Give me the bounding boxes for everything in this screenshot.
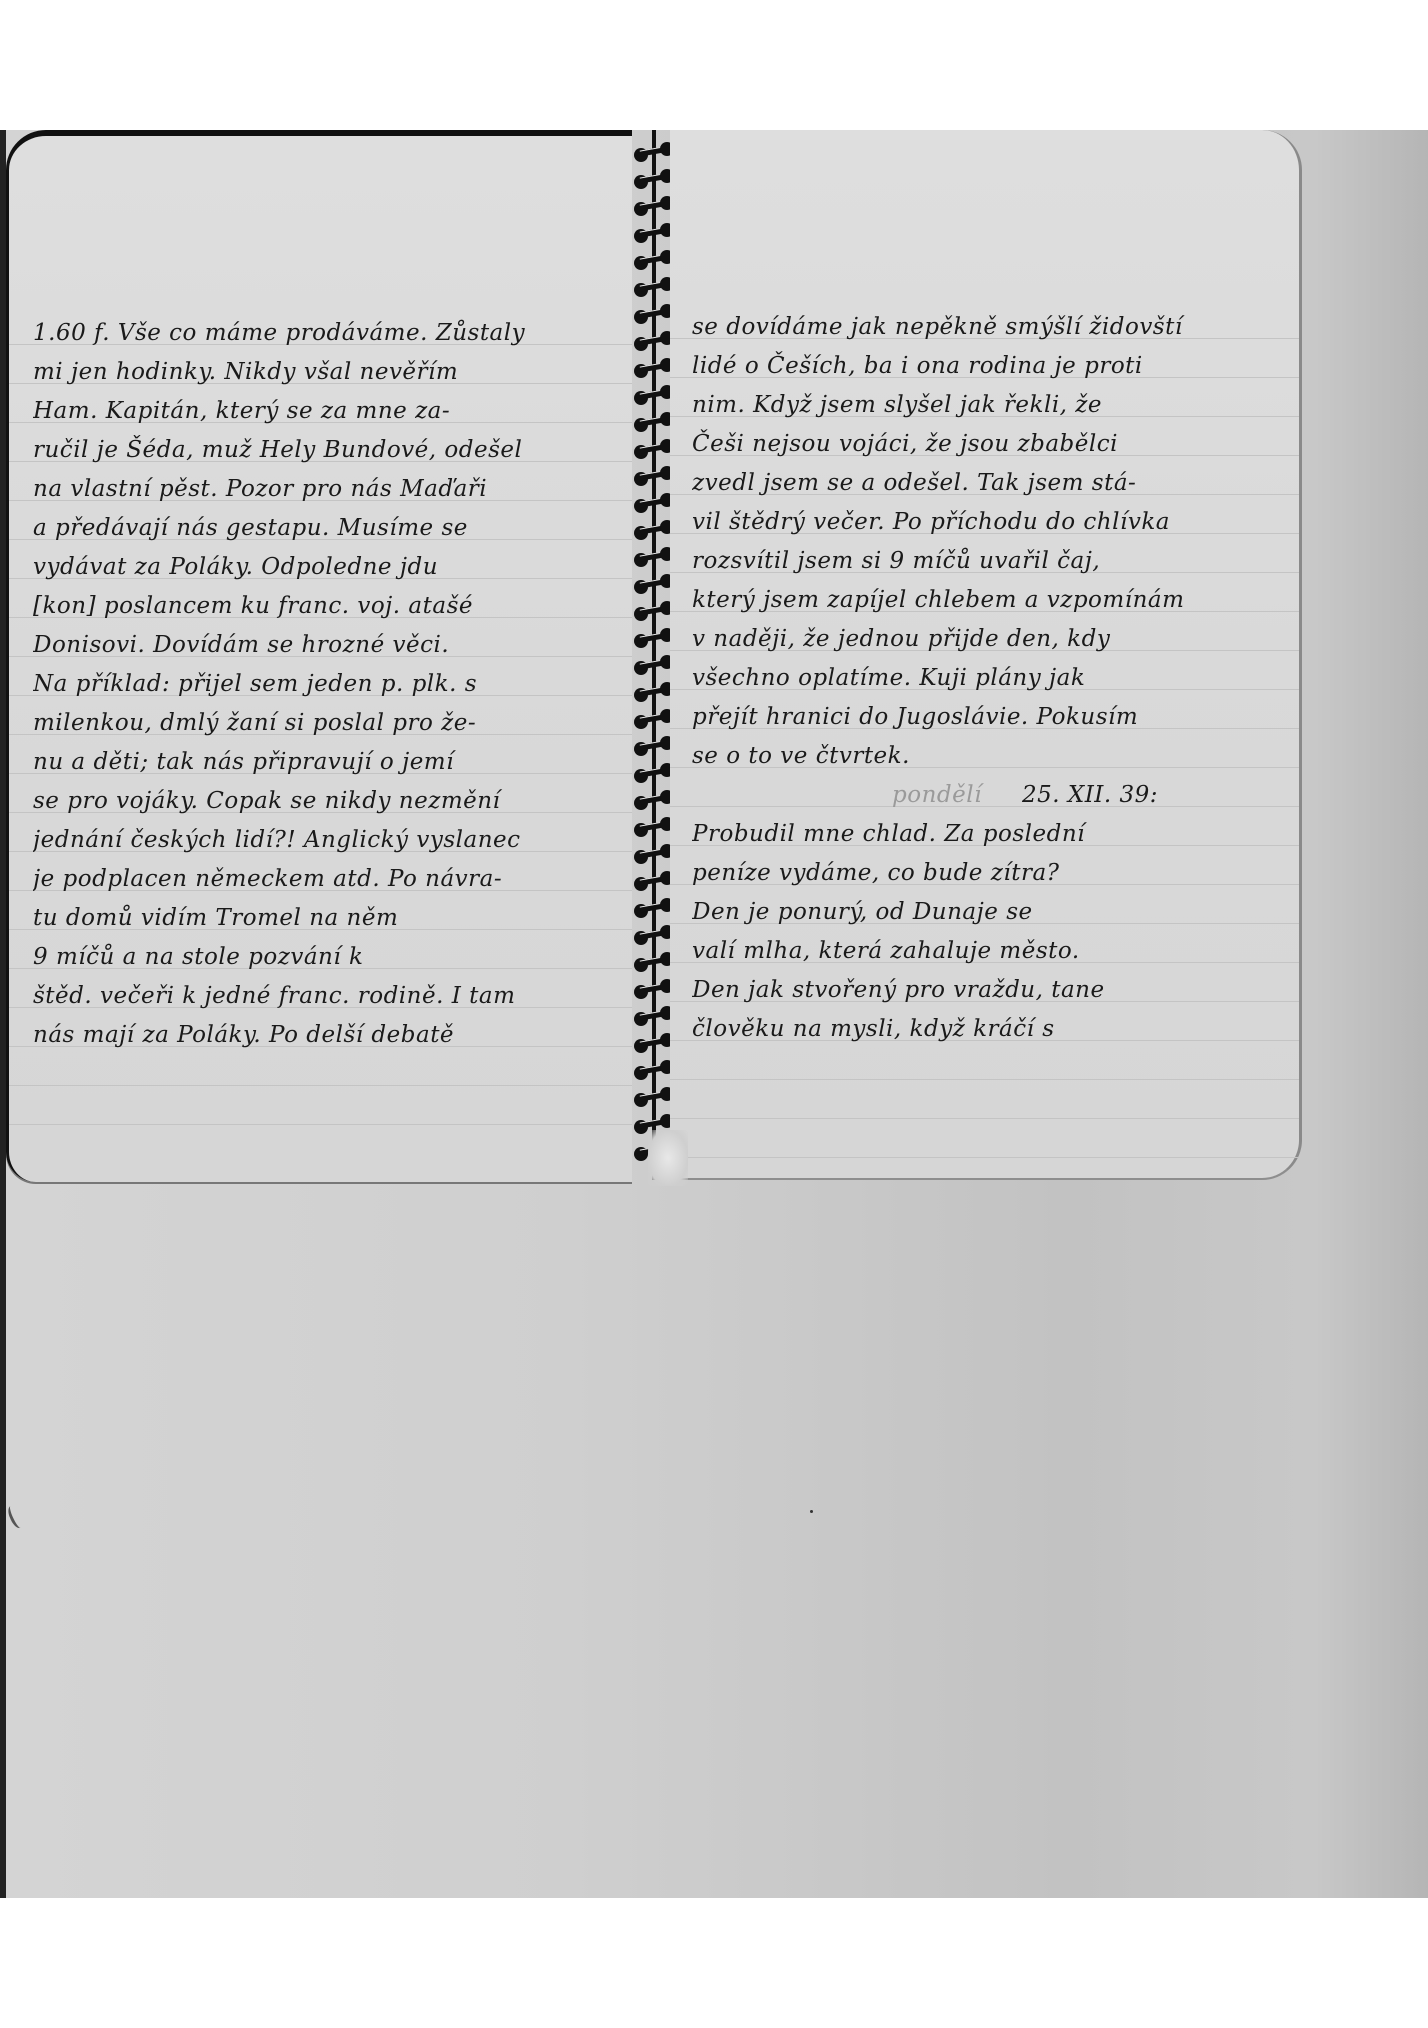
spiral-coil xyxy=(634,250,674,272)
spiral-coil xyxy=(634,439,674,461)
handwritten-line: a předávají nás gestapu. Musíme se xyxy=(33,509,612,548)
handwritten-line: který jsem zapíjel chlebem a vzpomínám xyxy=(692,581,1279,620)
handwritten-line: štěd. večeři k jedné franc. rodině. I ta… xyxy=(33,977,612,1016)
handwritten-line: Češi nejsou vojáci, že jsou zbabělci xyxy=(692,425,1279,464)
handwritten-line: vydávat za Poláky. Odpoledne jdu xyxy=(33,548,612,587)
handwritten-line: peníze vydáme, co bude zítra? xyxy=(692,854,1279,893)
handwritten-line: přejít hranici do Jugoslávie. Pokusím xyxy=(692,698,1279,737)
spiral-coil xyxy=(634,277,674,299)
handwritten-line: Na příklad: přijel sem jeden p. plk. s xyxy=(33,665,612,704)
spiral-coil xyxy=(634,520,674,542)
handwritten-line: rozsvítil jsem si 9 míčů uvařil čaj, xyxy=(692,542,1279,581)
handwritten-line: tu domů vidím Tromel na něm xyxy=(33,899,612,938)
handwritten-line: Donisovi. Dovídám se hrozné věci. xyxy=(33,626,612,665)
spiral-coil xyxy=(634,1006,674,1028)
handwritten-line: nás mají za Poláky. Po delší debatě xyxy=(33,1016,612,1055)
handwritten-line: nim. Když jsem slyšel jak řekli, že xyxy=(692,386,1279,425)
left-page-text: 1.60 f. Vše co máme prodáváme. Zůstalymi… xyxy=(33,314,612,1055)
handwritten-line: milenkou, dmlý žaní si poslal pro že- xyxy=(33,704,612,743)
spiral-coil xyxy=(634,169,674,191)
spiral-coil xyxy=(634,682,674,704)
spiral-coil xyxy=(634,628,674,650)
handwritten-line: 1.60 f. Vše co máme prodáváme. Zůstaly xyxy=(33,314,612,353)
spiral-coil xyxy=(634,385,674,407)
torn-paper-bits xyxy=(648,1130,688,1186)
handwritten-line: lidé o Češích, ba i ona rodina je proti xyxy=(692,347,1279,386)
handwritten-line: se pro vojáky. Copak se nikdy nezmění xyxy=(33,782,612,821)
handwritten-line: se dovídáme jak nepěkně smýšlí židovští xyxy=(692,308,1279,347)
spiral-coil xyxy=(634,574,674,596)
handwritten-line: zvedl jsem se a odešel. Tak jsem stá- xyxy=(692,464,1279,503)
spiral-coil xyxy=(634,196,674,218)
handwritten-line: Ham. Kapitán, který se za mne za- xyxy=(33,392,612,431)
handwritten-line: ručil je Šéda, muž Hely Bundové, odešel xyxy=(33,431,612,470)
spiral-coil xyxy=(634,1087,674,1109)
date-heading: pondělí25. XII. 39: xyxy=(692,776,1279,815)
spiral-coil xyxy=(634,763,674,785)
handwritten-line: se o to ve čtvrtek. xyxy=(692,737,1279,776)
spiral-coil xyxy=(634,466,674,488)
right-page: se dovídáme jak nepěkně smýšlí židovštíl… xyxy=(670,130,1302,1180)
handwritten-line: na vlastní pěst. Pozor pro nás Maďaři xyxy=(33,470,612,509)
spiral-coil xyxy=(634,871,674,893)
spiral-coil xyxy=(634,331,674,353)
spiral-coil xyxy=(634,223,674,245)
spiral-coil xyxy=(634,304,674,326)
right-page-text: se dovídáme jak nepěkně smýšlí židovštíl… xyxy=(692,308,1279,1049)
handwritten-line: Probudil mne chlad. Za poslední xyxy=(692,815,1279,854)
handwritten-line: vil štědrý večer. Po příchodu do chlívka xyxy=(692,503,1279,542)
spiral-coil xyxy=(634,817,674,839)
date-weekday: pondělí xyxy=(892,782,982,808)
scan-dust xyxy=(810,1510,813,1513)
handwritten-line: všechno oplatíme. Kuji plány jak xyxy=(692,659,1279,698)
handwritten-line: mi jen hodinky. Nikdy všal nevěřím xyxy=(33,353,612,392)
spiral-coil xyxy=(634,547,674,569)
handwritten-line: je podplacen německem atd. Po návra- xyxy=(33,860,612,899)
spiral-coil xyxy=(634,412,674,434)
handwritten-line: jednání českých lidí?! Anglický vyslanec xyxy=(33,821,612,860)
spiral-coil xyxy=(634,736,674,758)
spiral-coil xyxy=(634,601,674,623)
spiral-coil xyxy=(634,142,674,164)
spiral-coil xyxy=(634,898,674,920)
handwritten-line: Den je ponurý, od Dunaje se xyxy=(692,893,1279,932)
spiral-coil xyxy=(634,844,674,866)
spiral-coil xyxy=(634,952,674,974)
spiral-coil xyxy=(634,709,674,731)
spiral-coil xyxy=(634,358,674,380)
spiral-binding xyxy=(628,130,676,1180)
spiral-coil xyxy=(634,493,674,515)
spiral-coil xyxy=(634,1033,674,1055)
handwritten-line: člověku na mysli, když kráčí s xyxy=(692,1010,1279,1049)
spiral-coil xyxy=(634,655,674,677)
spiral-coil xyxy=(634,925,674,947)
handwritten-line: 9 míčů a na stole pozvání k xyxy=(33,938,612,977)
handwritten-line: valí mlha, která zahaluje město. xyxy=(692,932,1279,971)
spiral-coil xyxy=(634,1060,674,1082)
left-page: 1.60 f. Vše co máme prodáváme. Zůstalymi… xyxy=(6,130,632,1182)
handwritten-line: v naději, že jednou přijde den, kdy xyxy=(692,620,1279,659)
handwritten-line: [kon] poslancem ku franc. voj. atašé xyxy=(33,587,612,626)
date-value: 25. XII. 39: xyxy=(1022,782,1158,808)
spiral-coil xyxy=(634,979,674,1001)
spiral-coil xyxy=(634,790,674,812)
handwritten-line: Den jak stvořený pro vraždu, tane xyxy=(692,971,1279,1010)
handwritten-line: nu a děti; tak nás připravují o jemí xyxy=(33,743,612,782)
